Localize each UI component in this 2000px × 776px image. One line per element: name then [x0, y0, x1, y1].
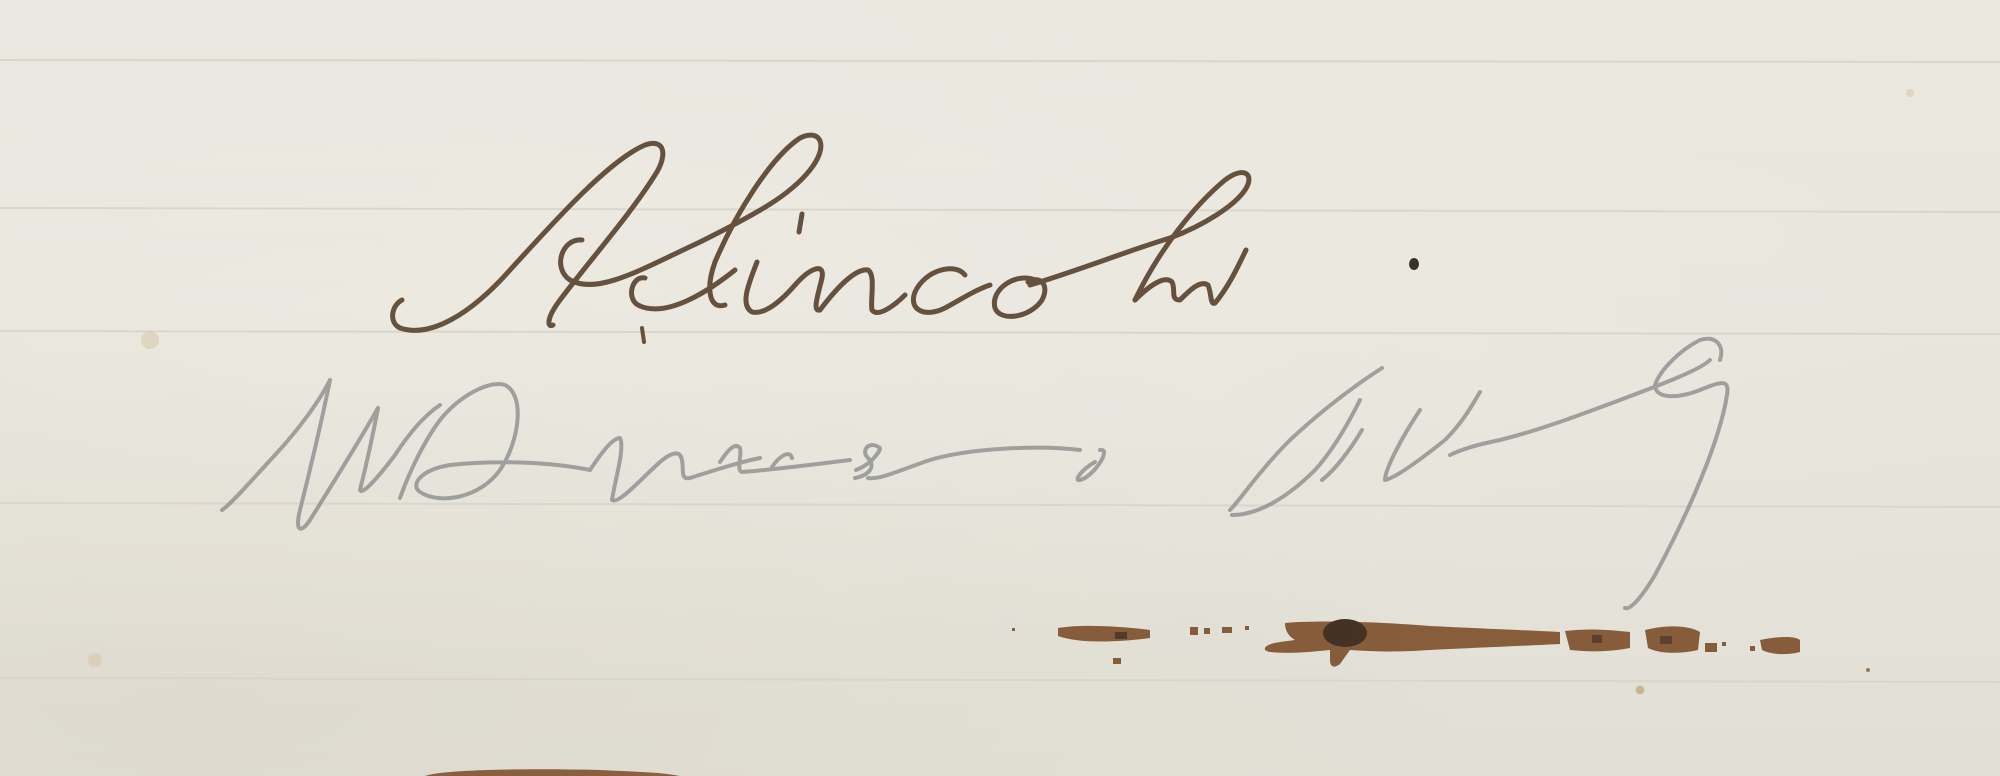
ink-smudge	[0, 0, 2000, 776]
document-paper: A. Lincoln W. D. Davis A.A.G.	[0, 0, 2000, 776]
